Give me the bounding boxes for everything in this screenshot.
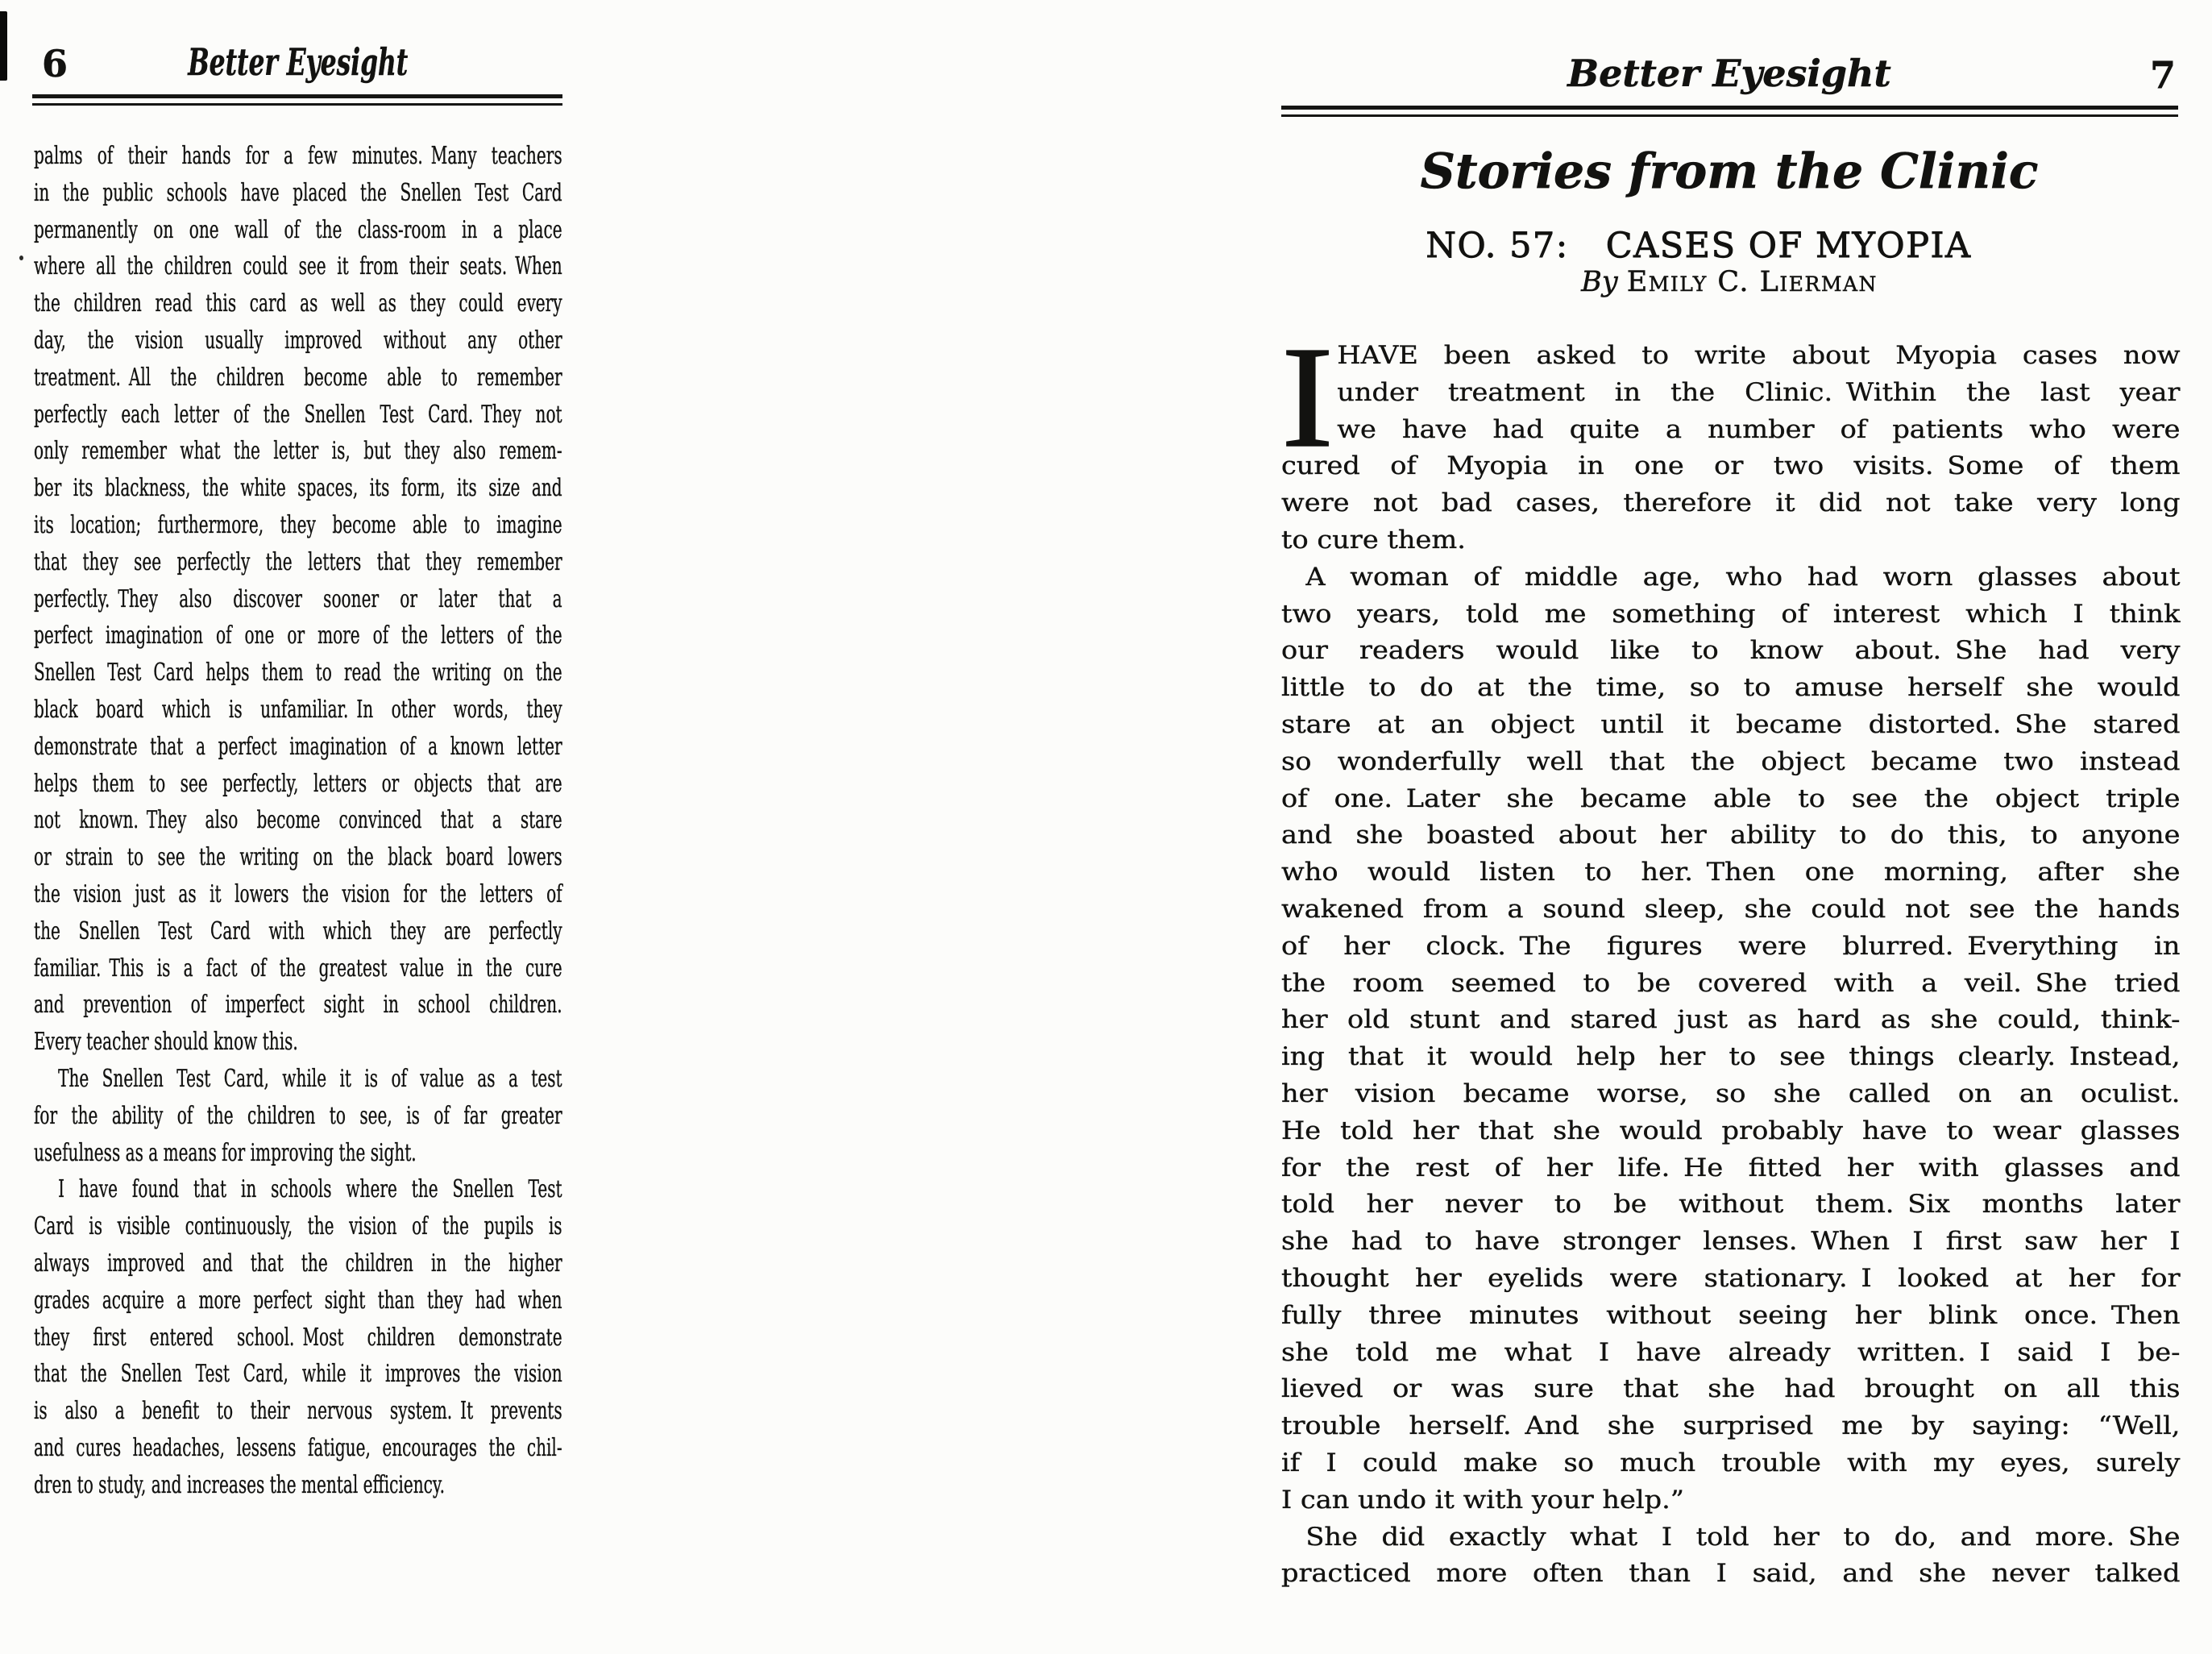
text-line: two years, told me something of interest…	[1281, 596, 2180, 634]
text-line: stare at an object until it became disto…	[1281, 707, 2180, 744]
text-line: grades acquire a more perfect sight than…	[34, 1282, 562, 1319]
article-title: Stories from the Clinic	[1281, 143, 2177, 200]
text-line: she had to have stronger lenses. When I …	[1281, 1224, 2180, 1261]
text-line: to cure them.	[1281, 522, 2180, 559]
text-line: that the Snellen Test Card, while it imp…	[34, 1356, 562, 1393]
text-line: is also a benefit to their nervous syste…	[34, 1393, 562, 1430]
text-line: where all the children could see it from…	[34, 248, 562, 285]
text-line: only remember what the letter is, but th…	[34, 433, 562, 470]
text-line: little to do at the time, so to amuse he…	[1281, 670, 2180, 707]
text-line: and she boasted about her ability to do …	[1281, 817, 2180, 854]
article-subtitle: NO. 57: CASES OF MYOPIA	[1281, 226, 2116, 266]
text-line: HAVE been asked to write about Myopia ca…	[1281, 338, 2180, 375]
text-line: she told me what I have already written.…	[1281, 1335, 2180, 1372]
text-line: ber its blackness, the white spaces, its…	[34, 470, 562, 507]
text-line: trouble herself. And she surprised me by…	[1281, 1408, 2180, 1445]
text-line: permanently on one wall of the class-roo…	[34, 212, 562, 249]
text-line: A woman of middle age, who had worn glas…	[1281, 559, 2180, 596]
page-number-right: 7	[2127, 53, 2176, 97]
text-line: dren to study, and increases the mental …	[34, 1467, 562, 1504]
text-line: that they see perfectly the letters that…	[34, 544, 562, 581]
running-title-left: Better Eyesight	[32, 40, 564, 84]
text-line: were not bad cases, therefore it did not…	[1281, 485, 2180, 522]
text-line: familiar. This is a fact of the greatest…	[34, 950, 562, 987]
text-line: Snellen Test Card helps them to read the…	[34, 655, 562, 692]
text-line: wakened from a sound sleep, she could no…	[1281, 891, 2180, 929]
text-line: day, the vision usually improved without…	[34, 322, 562, 359]
text-line: the children read this card as well as t…	[34, 285, 562, 322]
text-line: Every teacher should know this.	[34, 1024, 562, 1061]
text-line: told her never to be without them. Six m…	[1281, 1186, 2180, 1224]
text-line: usefulness as a means for improving the …	[34, 1135, 562, 1172]
text-line: perfectly each letter of the Snellen Tes…	[34, 397, 562, 434]
text-line: not known. They also become convinced th…	[34, 802, 562, 839]
text-line: of her clock. The figures were blurred. …	[1281, 929, 2180, 966]
text-line: so wonderfully well that the object beca…	[1281, 744, 2180, 781]
text-line: our readers would like to know about. Sh…	[1281, 633, 2180, 670]
running-title-left-text: Better Eyesight	[188, 40, 408, 84]
text-line: its location; furthermore, they become a…	[34, 507, 562, 544]
text-line: Card is visible continuously, the vision…	[34, 1208, 562, 1245]
scan-artifact-corner	[0, 11, 7, 81]
text-line: her vision became worse, so she called o…	[1281, 1076, 2180, 1113]
page-left-body-text: palms of their hands for a few minutes. …	[34, 138, 562, 1503]
scan-artifact-speck	[19, 256, 23, 260]
header-rule-right	[1281, 106, 2178, 117]
text-line: I have found that in schools where the S…	[34, 1171, 562, 1208]
text-line: the room seemed to be covered with a vei…	[1281, 966, 2180, 1003]
text-line: in the public schools have placed the Sn…	[34, 175, 562, 212]
text-line: and cures headaches, lessens fatigue, en…	[34, 1430, 562, 1467]
text-line: lieved or was sure that she had brought …	[1281, 1371, 2180, 1408]
text-line: perfect imagination of one or more of th…	[34, 617, 562, 655]
text-line: treatment. All the children become able …	[34, 359, 562, 397]
text-line: helps them to see perfectly, letters or …	[34, 766, 562, 803]
text-line: the vision just as it lowers the vision …	[34, 876, 562, 913]
text-line: fully three minutes without seeing her b…	[1281, 1298, 2180, 1335]
text-line: I can undo it with your help.”	[1281, 1482, 2180, 1519]
dropcap-letter: I	[1281, 325, 1334, 470]
text-line: they first entered school. Most children…	[34, 1319, 562, 1357]
book-spread: 6 Better Eyesight palms of their hands f…	[0, 0, 2212, 1654]
text-line: and prevention of imperfect sight in sch…	[34, 987, 562, 1024]
page-right-body-text: I HAVE been asked to write about Myopia …	[1281, 338, 2180, 1593]
text-line: black board which is unfamiliar. In othe…	[34, 692, 562, 729]
text-line: if I could make so much trouble with my …	[1281, 1445, 2180, 1482]
text-line: palms of their hands for a few minutes. …	[34, 138, 562, 175]
byline-author: Emily C. Lierman	[1627, 266, 1878, 298]
text-line: thought her eyelids were stationary. I l…	[1281, 1261, 2180, 1298]
text-line: The Snellen Test Card, while it is of va…	[34, 1061, 562, 1098]
text-line: her old stunt and stared just as hard as…	[1281, 1002, 2180, 1039]
text-line: who would listen to her. Then one mornin…	[1281, 854, 2180, 891]
text-line: or strain to see the writing on the blac…	[34, 839, 562, 876]
text-line: practiced more often than I said, and sh…	[1281, 1556, 2180, 1593]
article-byline: By Emily C. Lierman	[1281, 266, 2177, 298]
text-line: ing that it would help her to see things…	[1281, 1039, 2180, 1076]
text-line: under treatment in the Clinic. Within th…	[1281, 375, 2180, 412]
text-line: always improved and that the children in…	[34, 1245, 562, 1282]
byline-prefix: By	[1581, 266, 1618, 298]
running-title-right: Better Eyesight	[1281, 52, 2177, 95]
text-line: perfectly. They also discover sooner or …	[34, 581, 562, 618]
text-line: She did exactly what I told her to do, a…	[1281, 1519, 2180, 1556]
header-rule-left	[32, 94, 562, 106]
text-line: for the rest of her life. He fitted her …	[1281, 1150, 2180, 1187]
text-line: demonstrate that a perfect imagination o…	[34, 729, 562, 766]
text-line: of one. Later she became able to see the…	[1281, 781, 2180, 818]
text-line: cured of Myopia in one or two visits. So…	[1281, 448, 2180, 485]
text-line: for the ability of the children to see, …	[34, 1098, 562, 1135]
text-line: He told her that she would probably have…	[1281, 1113, 2180, 1150]
text-line: the Snellen Test Card with which they ar…	[34, 913, 562, 950]
text-line: we have had quite a number of patients w…	[1281, 412, 2180, 449]
